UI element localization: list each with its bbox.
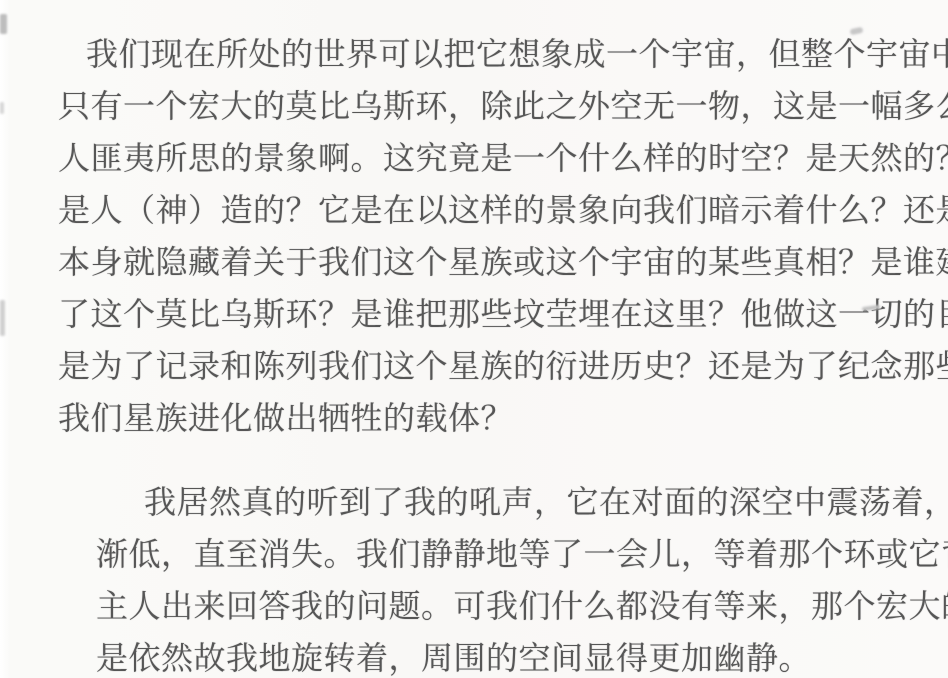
text-line: 了这个莫比乌斯环？是谁把那些坟茔埋在这里？他做这一切的目的， [58,288,904,340]
text-line: 只有一个宏大的莫比乌斯环，除此之外空无一物，这是一幅多么令 [58,80,904,132]
text-line: 人匪夷所思的景象啊。这究竟是一个什么样的时空？是天然的？还 [58,132,904,184]
scanned-book-page: 我们现在所处的世界可以把它想象成一个宇宙，但整个宇宙中 只有一个宏大的莫比乌斯环… [0,0,948,678]
text-line: 主人出来回答我的问题。可我们什么都没有等来，那个宏大的环还 [96,580,904,632]
paragraph-1: 我们现在所处的世界可以把它想象成一个宇宙，但整个宇宙中 只有一个宏大的莫比乌斯环… [0,28,948,444]
text-line: 我们现在所处的世界可以把它想象成一个宇宙，但整个宇宙中 [58,28,904,80]
paragraph-2: 我居然真的听到了我的吼声，它在对面的深空中震荡着，渐远 渐低，直至消失。我们静静… [0,476,948,678]
text-line: 是为了记录和陈列我们这个星族的衍进历史？还是为了纪念那些为 [58,340,904,392]
text-line: 我们星族进化做出牺牲的载体？ [58,392,904,444]
text-line: 是依然故我地旋转着，周围的空间显得更加幽静。 [96,632,904,678]
text-line: 我居然真的听到了我的吼声，它在对面的深空中震荡着，渐远 [96,476,904,528]
text-line: 是人（神）造的？它是在以这样的景象向我们暗示着什么？还是它 [58,184,904,236]
text-line: 渐低，直至消失。我们静静地等了一会儿，等着那个环或它背后的 [96,528,904,580]
text-line: 本身就隐藏着关于我们这个星族或这个宇宙的某些真相？是谁建造 [58,236,904,288]
